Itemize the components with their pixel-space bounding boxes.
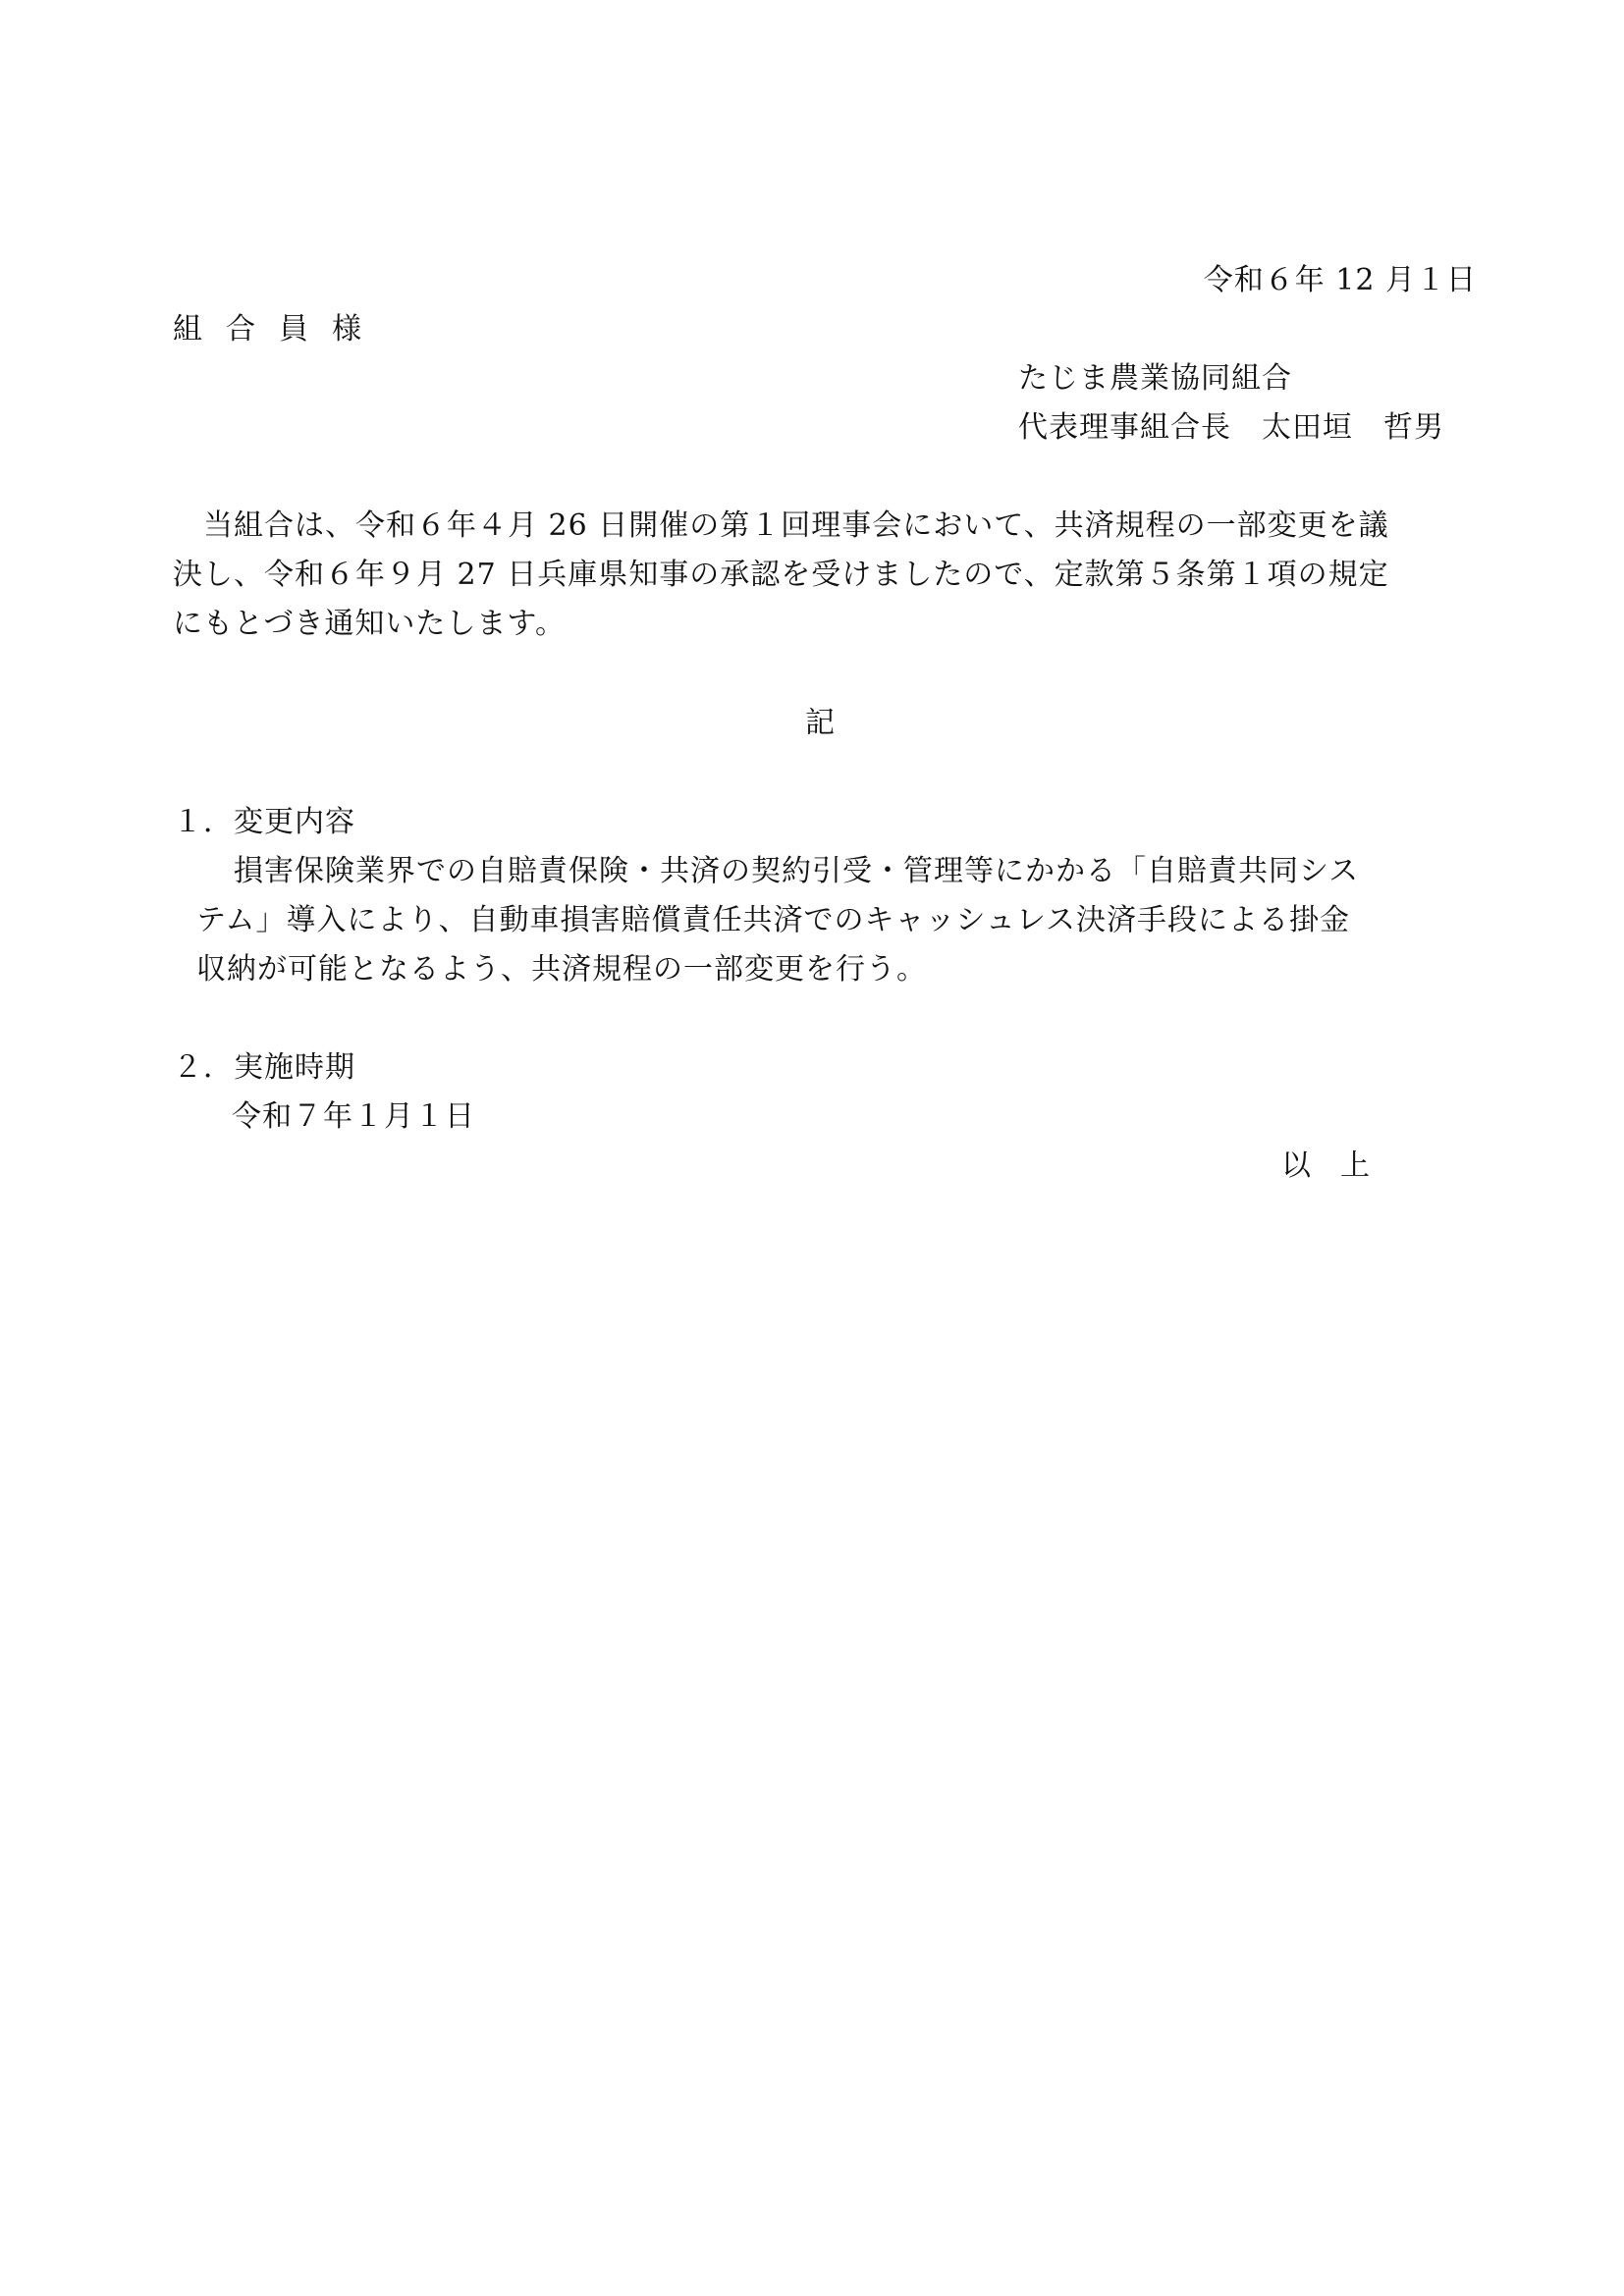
effective-date: 令和７年１月１日	[232, 1097, 475, 1137]
document-date: 令和６年 12 月１日	[1204, 261, 1477, 300]
body-paragraph-line: 決し、令和６年９月 27 日兵庫県知事の承認を受けましたので、定款第５条第１項の…	[173, 556, 1389, 595]
section-heading-change-content: １．変更内容	[173, 803, 355, 842]
section-text-line: テム」導入により、自動車損害賠償責任共済でのキャッシュレス決済手段による掛金	[196, 901, 1350, 940]
closing-mark: 以上	[1281, 1147, 1399, 1186]
section-text-line: 損害保険業界での自賠責保険・共済の契約引受・管理等にかかる「自賠責共同シス	[173, 852, 1359, 891]
section-text-line: 収納が可能となるよう、共済規程の一部変更を行う。	[196, 950, 927, 989]
document-page: 令和６年 12 月１日 組合員様 たじま農業協同組合 代表理事組合長 太田垣 哲…	[0, 0, 1624, 2296]
body-paragraph-line: にもとづき通知いたします。	[173, 605, 566, 644]
ki-heading: 記	[805, 704, 836, 743]
sender-representative: 代表理事組合長 太田垣 哲男	[1018, 408, 1444, 448]
section-heading-effective-date: ２．実施時期	[173, 1048, 355, 1088]
body-paragraph-line: 当組合は、令和６年４月 26 日開催の第１回理事会において、共済規程の一部変更を…	[173, 507, 1389, 546]
addressee: 組合員様	[173, 310, 385, 349]
sender-organization: たじま農業協同組合	[1018, 359, 1292, 399]
